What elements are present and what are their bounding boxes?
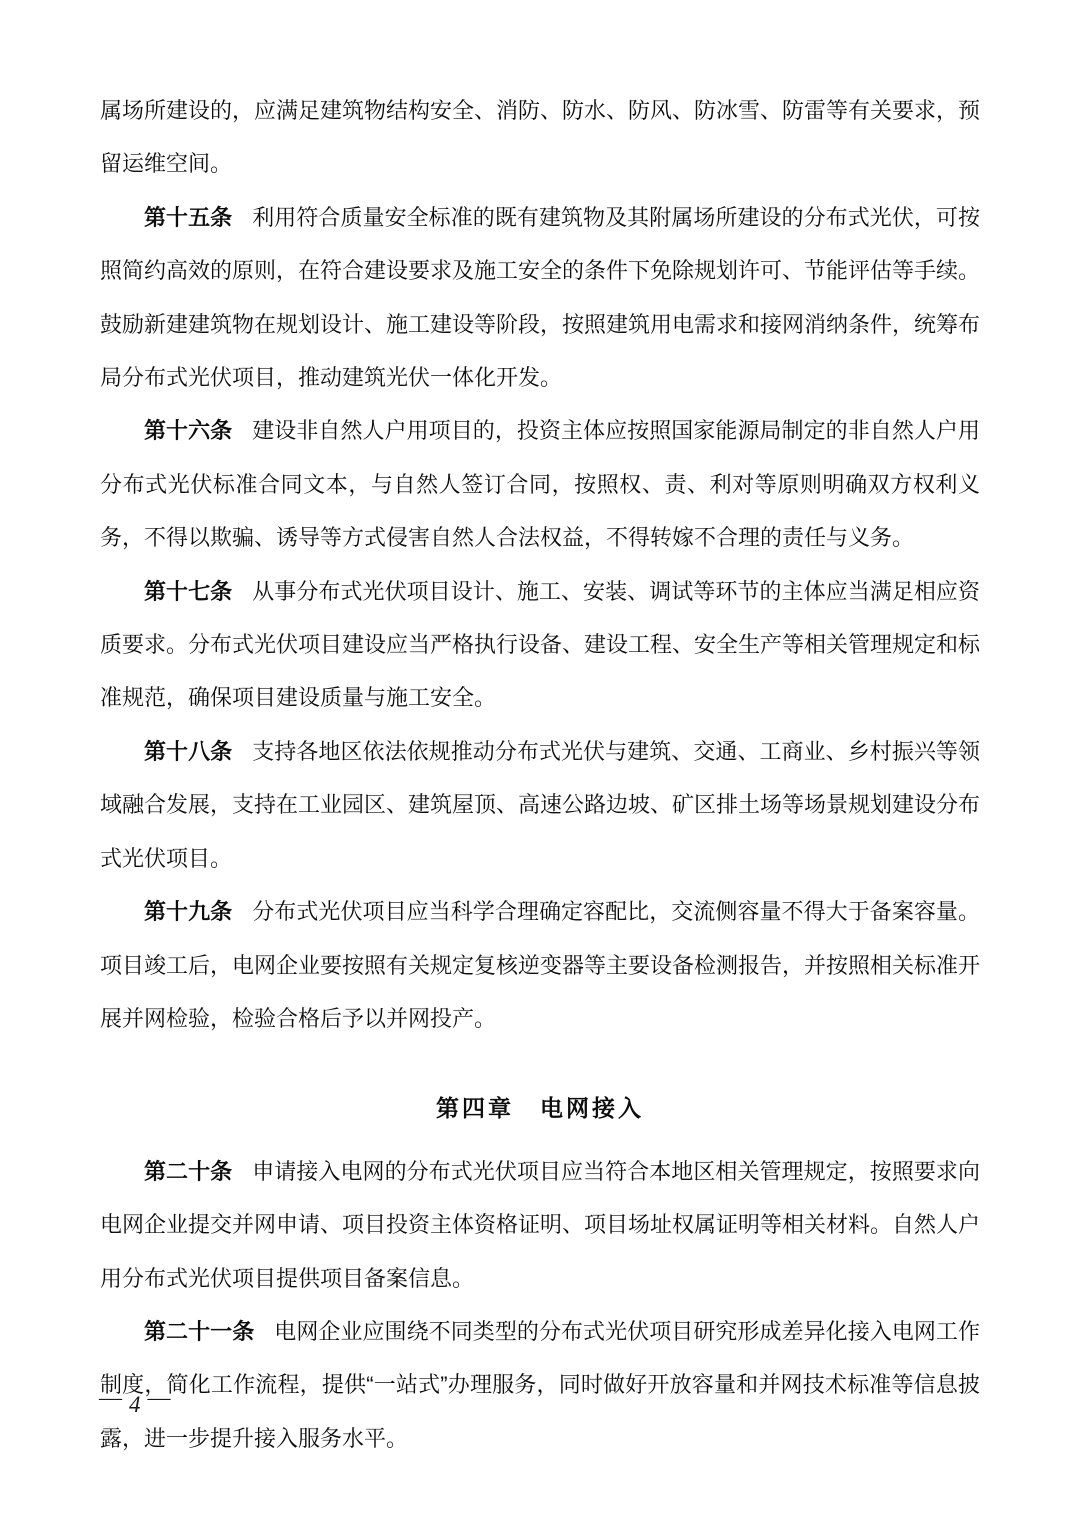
article-18-text: 支持各地区依法依规推动分布式光伏与建筑、交通、工商业、乡村振兴等领域融合发展，支… <box>100 739 980 871</box>
page-number-dash-right: — <box>148 1385 171 1410</box>
document-page: 属场所建设的，应满足建筑物结构安全、消防、防水、防风、防冰雪、防雷等有关要求，预… <box>100 0 980 1465</box>
article-16-number: 第十六条 <box>144 418 232 443</box>
page-number: —4— <box>99 1385 171 1418</box>
continuation-paragraph: 属场所建设的，应满足建筑物结构安全、消防、防水、防风、防冰雪、防雷等有关要求，预… <box>100 84 980 191</box>
chapter-heading: 第四章 电网接入 <box>100 1082 980 1135</box>
article-17-number: 第十七条 <box>144 579 232 604</box>
article-19-text: 分布式光伏项目应当科学合理确定容配比，交流侧容量不得大于备案容量。项目竣工后，电… <box>100 899 980 1031</box>
article-15-paragraph: 第十五条利用符合质量安全标准的既有建筑物及其附属场所建设的分布式光伏，可按照简约… <box>100 191 980 405</box>
article-15-text: 利用符合质量安全标准的既有建筑物及其附属场所建设的分布式光伏，可按照简约高效的原… <box>100 205 980 390</box>
article-20-text: 申请接入电网的分布式光伏项目应当符合本地区相关管理规定，按照要求向电网企业提交并… <box>100 1159 980 1291</box>
article-16-paragraph: 第十六条建设非自然人户用项目的，投资主体应按照国家能源局制定的非自然人户用分布式… <box>100 404 980 564</box>
article-15-number: 第十五条 <box>144 205 232 230</box>
article-21-number: 第二十一条 <box>144 1319 254 1344</box>
article-18-paragraph: 第十八条支持各地区依法依规推动分布式光伏与建筑、交通、工商业、乡村振兴等领域融合… <box>100 725 980 885</box>
article-21-paragraph: 第二十一条电网企业应围绕不同类型的分布式光伏项目研究形成差异化接入电网工作制度，… <box>100 1305 980 1465</box>
article-16-text: 建设非自然人户用项目的，投资主体应按照国家能源局制定的非自然人户用分布式光伏标准… <box>100 418 980 550</box>
page-number-value: 4 <box>122 1392 148 1417</box>
article-19-paragraph: 第十九条分布式光伏项目应当科学合理确定容配比，交流侧容量不得大于备案容量。项目竣… <box>100 885 980 1045</box>
article-17-text: 从事分布式光伏项目设计、施工、安装、调试等环节的主体应当满足相应资质要求。分布式… <box>100 579 980 711</box>
article-19-number: 第十九条 <box>144 899 232 924</box>
page-number-dash-left: — <box>99 1385 122 1410</box>
article-20-paragraph: 第二十条申请接入电网的分布式光伏项目应当符合本地区相关管理规定，按照要求向电网企… <box>100 1145 980 1305</box>
article-20-number: 第二十条 <box>144 1159 232 1184</box>
article-18-number: 第十八条 <box>144 739 232 764</box>
article-17-paragraph: 第十七条从事分布式光伏项目设计、施工、安装、调试等环节的主体应当满足相应资质要求… <box>100 565 980 725</box>
